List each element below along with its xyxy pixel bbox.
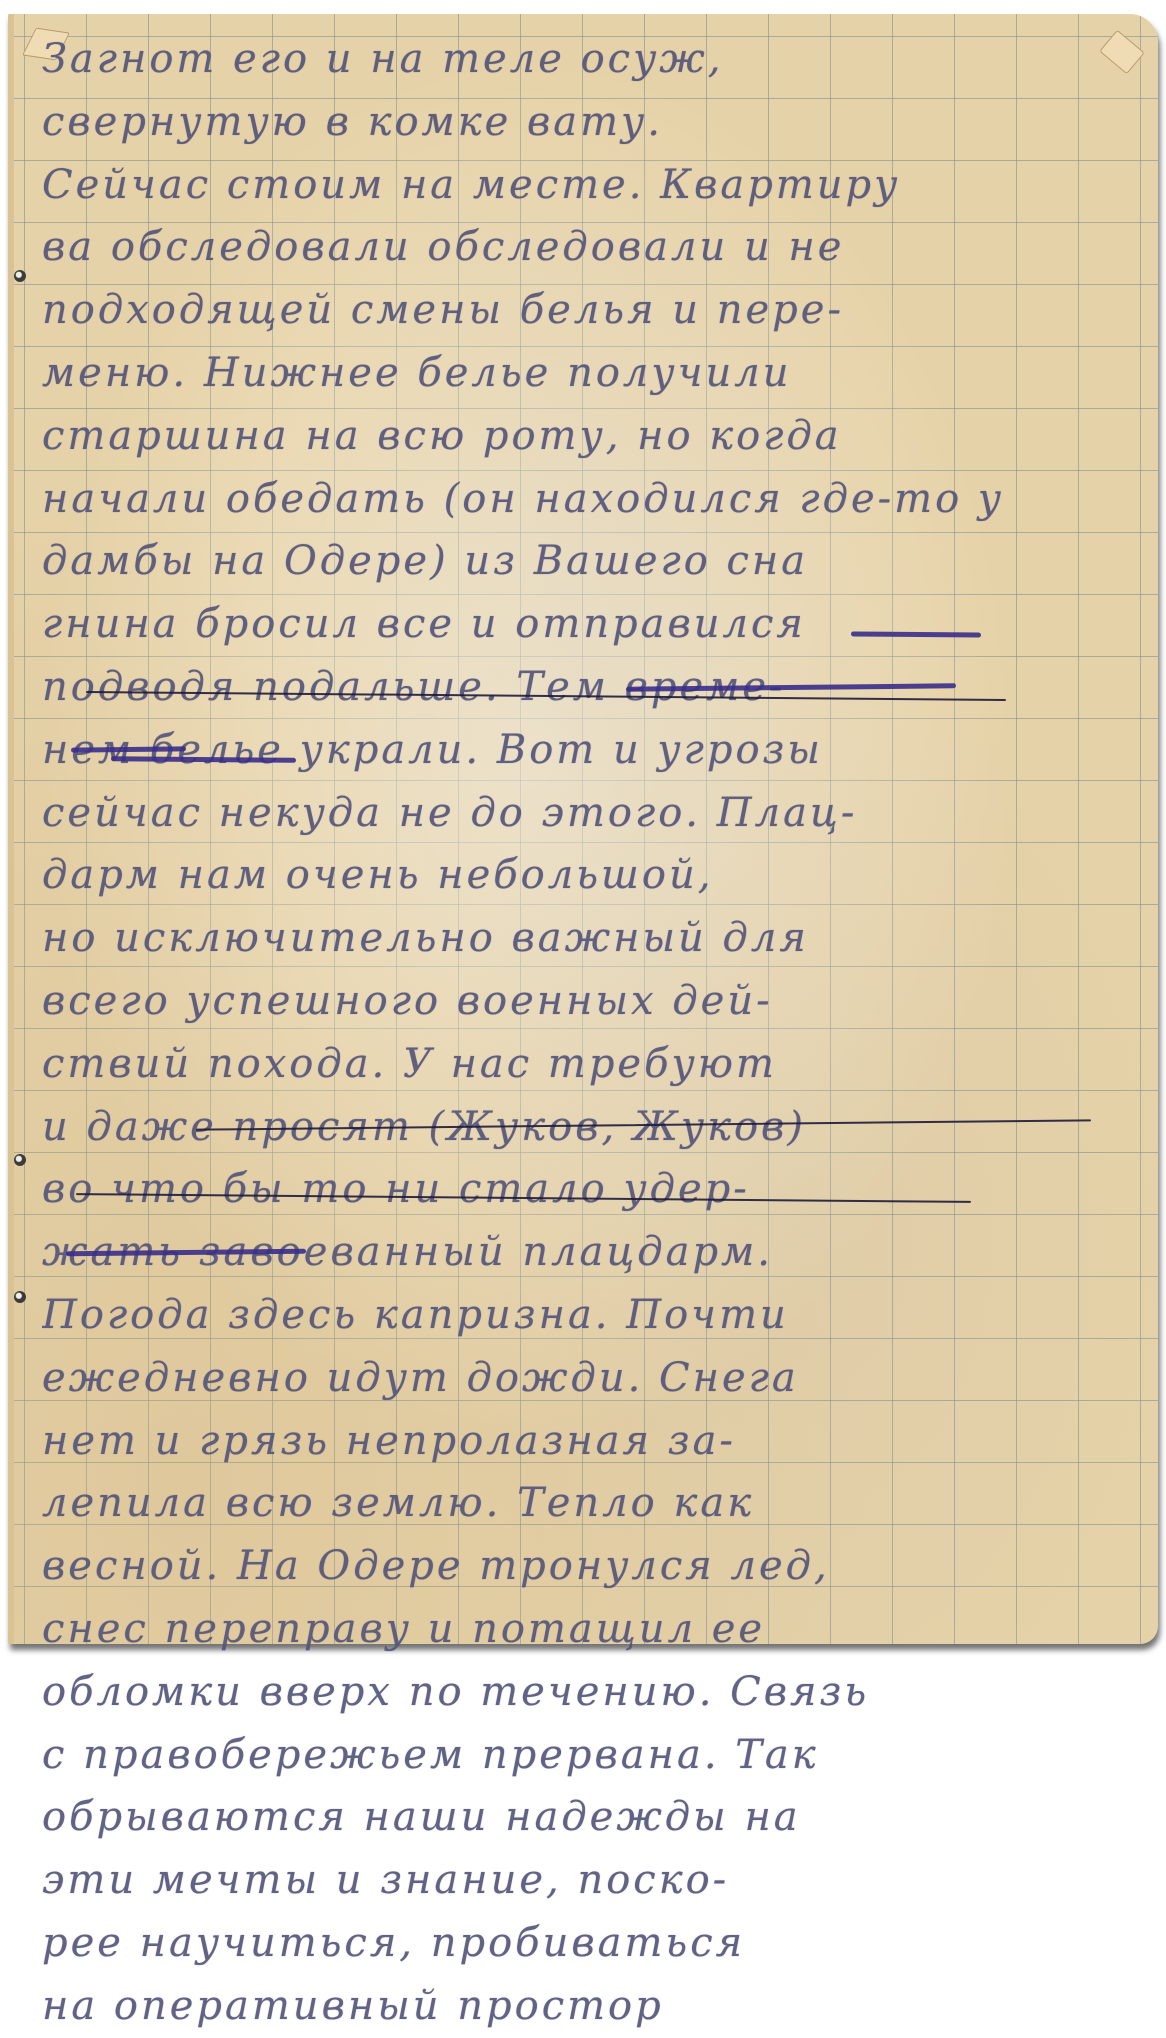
text-line: дамбы на Одере) из Вашего сна [42,530,1152,593]
text-line: Погода здесь капризна. Почти [42,1284,1152,1347]
text-line: сейчас некуда не до этого. Плац- [42,782,1152,845]
text-line: снес переправу и потащил ее [42,1598,1152,1661]
text-line: но исключительно важный для [42,907,1152,970]
text-line: дарм нам очень небольшой, [42,844,1152,907]
text-line: ежедневно идут дожди. Снега [42,1347,1152,1410]
text-line: Загнот его и на теле осуж, [42,28,1152,91]
text-line: нем белье украли. Вот и угрозы [42,719,1152,782]
binding-staple-hole [14,270,26,282]
text-line: нет и грязь непролазная за- [42,1410,1152,1473]
text-line: свернутую в комке вату. [42,91,1152,154]
binding-staple-hole [14,1291,26,1303]
text-line: Сейчас стоим на месте. Квартиру [42,154,1152,217]
notebook-page: Загнот его и на теле осуж, свернутую в к… [8,14,1158,1644]
text-line: ствий похода. У нас требуют [42,1033,1152,1096]
text-line: и даже просят (Жуков, Жуков) [42,1096,1152,1159]
text-line: лепила всю землю. Тепло как [42,1472,1152,1535]
text-line: подводя подальше. Тем време- [42,656,1152,719]
text-line: во что бы то ни стало удер- [42,1158,1152,1221]
text-line: меню. Нижнее белье получили [42,342,1152,405]
text-line: весной. На Одере тронулся лед, [42,1535,1152,1598]
text-line: старшина на всю роту, но когда [42,405,1152,468]
handwritten-text: Загнот его и на теле осуж, свернутую в к… [42,28,1152,1663]
strikethrough-mark [851,631,981,637]
text-line: ва обследовали обследовали и не [42,216,1152,279]
text-line: подходящей смены белья и пере- [42,279,1152,342]
text-line: гнина бросил все и отправился [42,593,1152,656]
text-line: начали обедать (он находился где-то у [42,468,1152,531]
text-line: всего успешного военных дей- [42,970,1152,1033]
binding-staple-hole [14,1154,26,1166]
